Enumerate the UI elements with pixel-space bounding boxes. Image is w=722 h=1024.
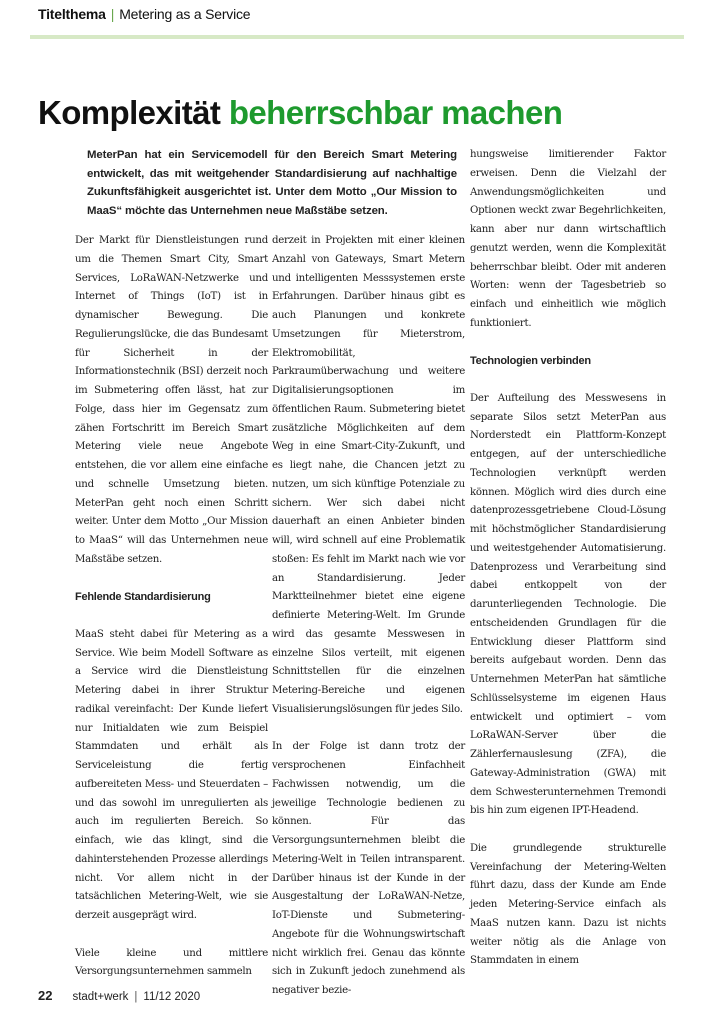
text-column-1: Der Markt für Dienstleistungen rund um d… bbox=[75, 232, 268, 1001]
headline-part-2: beherrschbar machen bbox=[229, 94, 562, 131]
issue-date: 11/12 2020 bbox=[143, 991, 200, 1003]
header-rule bbox=[30, 35, 684, 39]
header-separator: | bbox=[111, 6, 114, 22]
paragraph: Die grundlegende strukturelle Vereinfach… bbox=[470, 840, 666, 971]
section-label: Titelthema bbox=[38, 6, 106, 22]
article-headline: Komplexität beherrschbar machen bbox=[38, 94, 562, 132]
page-footer: 22stadt+werk|11/12 2020 bbox=[38, 988, 200, 1003]
paragraph: hungsweise limitierender Faktor erweisen… bbox=[470, 146, 666, 334]
paragraph: derzeit in Projekten mit einer kleinen A… bbox=[272, 232, 465, 720]
text-column-2: derzeit in Projekten mit einer kleinen A… bbox=[272, 232, 465, 1020]
page-number: 22 bbox=[38, 988, 52, 1003]
paragraph: In der Folge ist dann trotz der versproc… bbox=[272, 738, 465, 1001]
paragraph: Viele kleine und mittlere Versorgungsunt… bbox=[75, 945, 268, 983]
paragraph: MaaS steht dabei für Metering as a Servi… bbox=[75, 626, 268, 926]
subheading-fehlende-standardisierung: Fehlende Standardisierung bbox=[75, 588, 268, 607]
footer-separator: | bbox=[134, 991, 137, 1003]
paragraph: Der Aufteilung des Messwesens in separat… bbox=[470, 390, 666, 821]
publication-name: stadt+werk bbox=[72, 991, 128, 1003]
paragraph: Der Markt für Dienstleistungen rund um d… bbox=[75, 232, 268, 570]
running-head: Titelthema|Metering as a Service bbox=[38, 6, 250, 22]
article-lead: MeterPan hat ein Servicemodell für den B… bbox=[87, 146, 457, 220]
topic-label: Metering as a Service bbox=[119, 6, 250, 22]
text-column-3: hungsweise limitierender Faktor erweisen… bbox=[470, 146, 666, 990]
headline-part-1: Komplexität bbox=[38, 94, 220, 131]
subheading-technologien-verbinden: Technologien verbinden bbox=[470, 352, 666, 371]
